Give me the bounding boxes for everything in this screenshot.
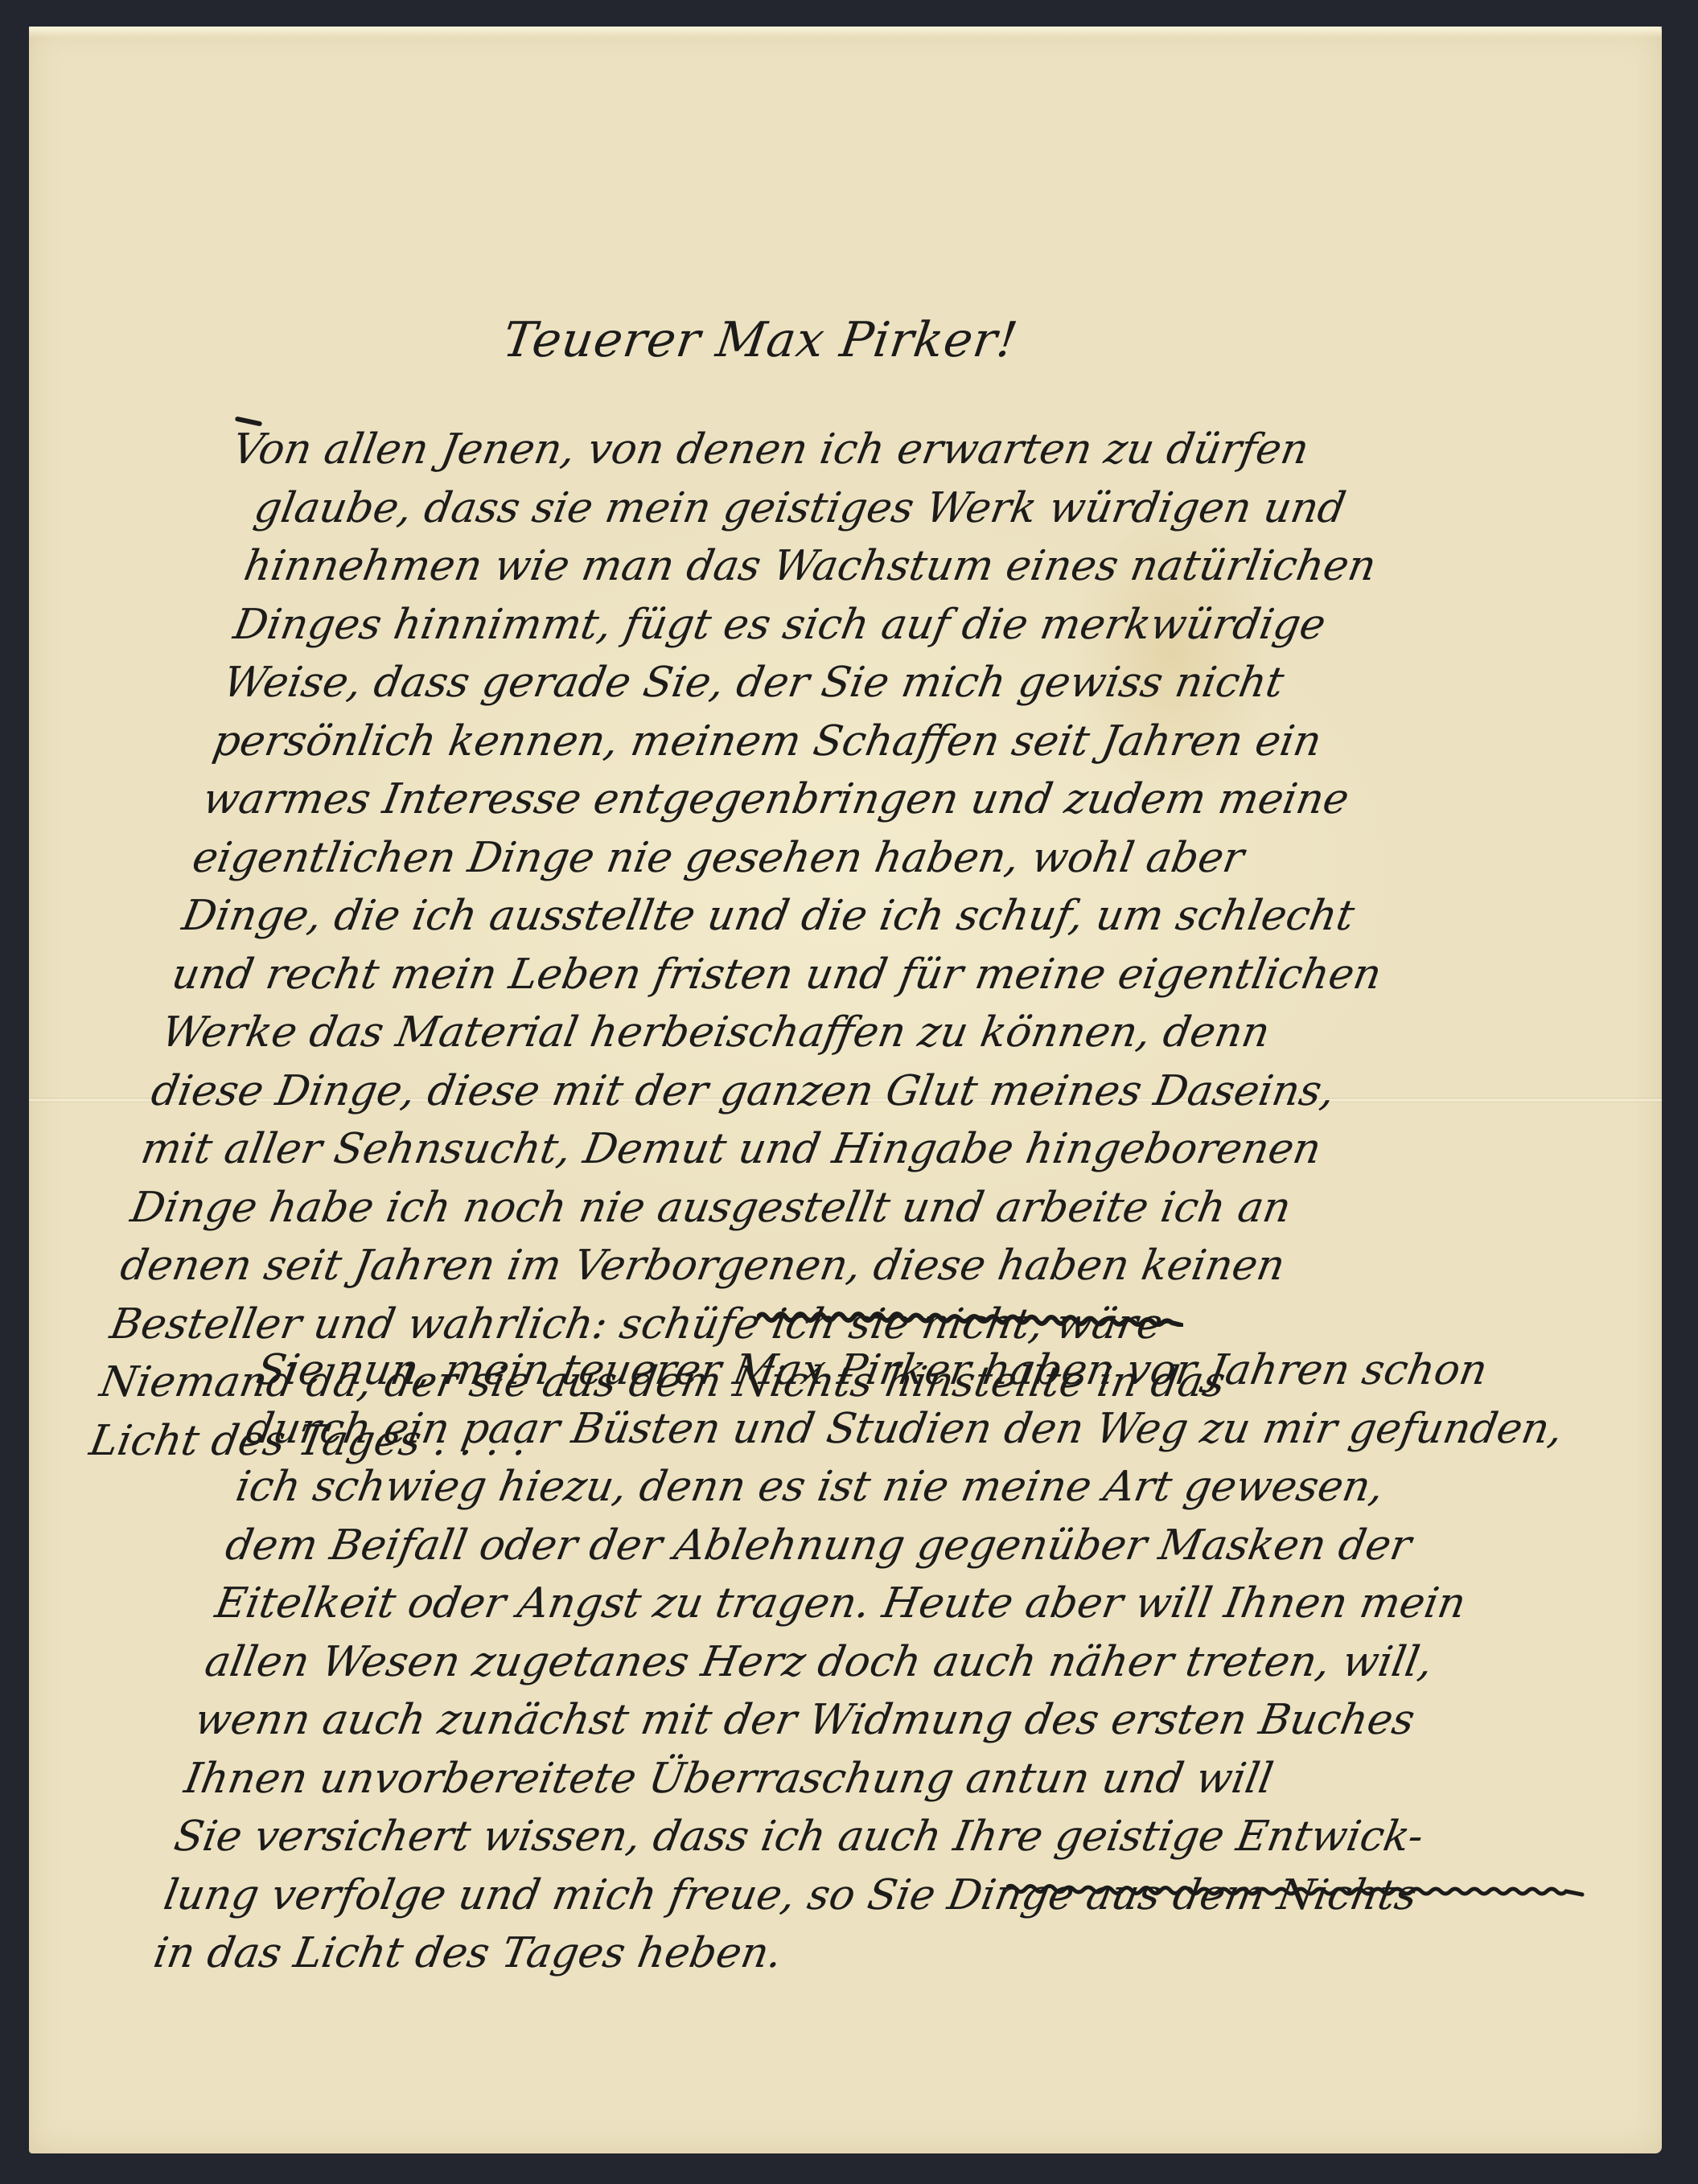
wavy-underline-1	[757, 1309, 1183, 1327]
text-line: wenn auch zunächst mit der Widmung des e…	[191, 1691, 1568, 1750]
salutation: Teuerer Max Pirker!	[500, 312, 1022, 368]
text-line: Dinges hinnimmt, fügt es sich auf die me…	[229, 596, 1583, 655]
text-line: Weise, dass gerade Sie, der Sie mich gew…	[219, 654, 1573, 712]
wavy-line-icon	[757, 1309, 1183, 1327]
handwritten-letter: Teuerer Max Pirker! Von allen Jenen, von…	[29, 27, 1662, 2153]
text-line: ich schwieg hiezu, denn es ist nie meine…	[232, 1458, 1610, 1517]
text-line: Ihnen unvorbereitete Überraschung antun …	[180, 1750, 1558, 1808]
text-line: Eitelkeit oder Angst zu tragen. Heute ab…	[211, 1574, 1589, 1633]
text-line: Dinge, die ich ausstellte und die ich sc…	[178, 887, 1531, 946]
text-line: Von allen Jenen, von denen ich erwarten …	[228, 421, 1614, 479]
text-line: in das Licht des Tages heben.	[149, 1924, 1527, 1983]
text-line: warmes Interesse entgegenbringen und zud…	[199, 770, 1552, 829]
text-line: durch ein paar Büsten und Studien den We…	[241, 1400, 1619, 1459]
wavy-underline-2	[1006, 1882, 1585, 1899]
wavy-line-icon	[1006, 1882, 1585, 1899]
letter-paper: Teuerer Max Pirker! Von allen Jenen, von…	[29, 27, 1662, 2153]
text-line: Sie nun, mein teuerer Max Pirker haben v…	[252, 1341, 1630, 1400]
text-line: Sie versichert wissen, dass ich auch Ihr…	[170, 1808, 1548, 1866]
text-line: allen Wesen zugetanes Herz doch auch näh…	[200, 1633, 1578, 1692]
text-line: Dinge habe ich noch nie ausgestellt und …	[126, 1179, 1480, 1238]
text-line: eigentlichen Dinge nie gesehen haben, wo…	[188, 829, 1542, 888]
text-line: mit aller Sehnsucht, Demut und Hingabe h…	[137, 1120, 1490, 1179]
text-line: denen seit Jahren im Verborgenen, diese …	[116, 1237, 1470, 1295]
text-line: dem Beifall oder der Ablehnung gegenüber…	[221, 1517, 1599, 1575]
text-line: hinnehmen wie man das Wachstum eines nat…	[240, 537, 1593, 596]
text-line: diese Dinge, diese mit der ganzen Glut m…	[147, 1062, 1501, 1121]
text-line: persönlich kennen, meinem Schaffen seit …	[208, 712, 1562, 771]
text-line: und recht mein Leben fristen und für mei…	[167, 946, 1521, 1004]
text-line: Werke das Material herbeischaffen zu kön…	[157, 1004, 1511, 1062]
text-line: glaube, dass sie mein geistiges Werk wür…	[249, 479, 1603, 538]
